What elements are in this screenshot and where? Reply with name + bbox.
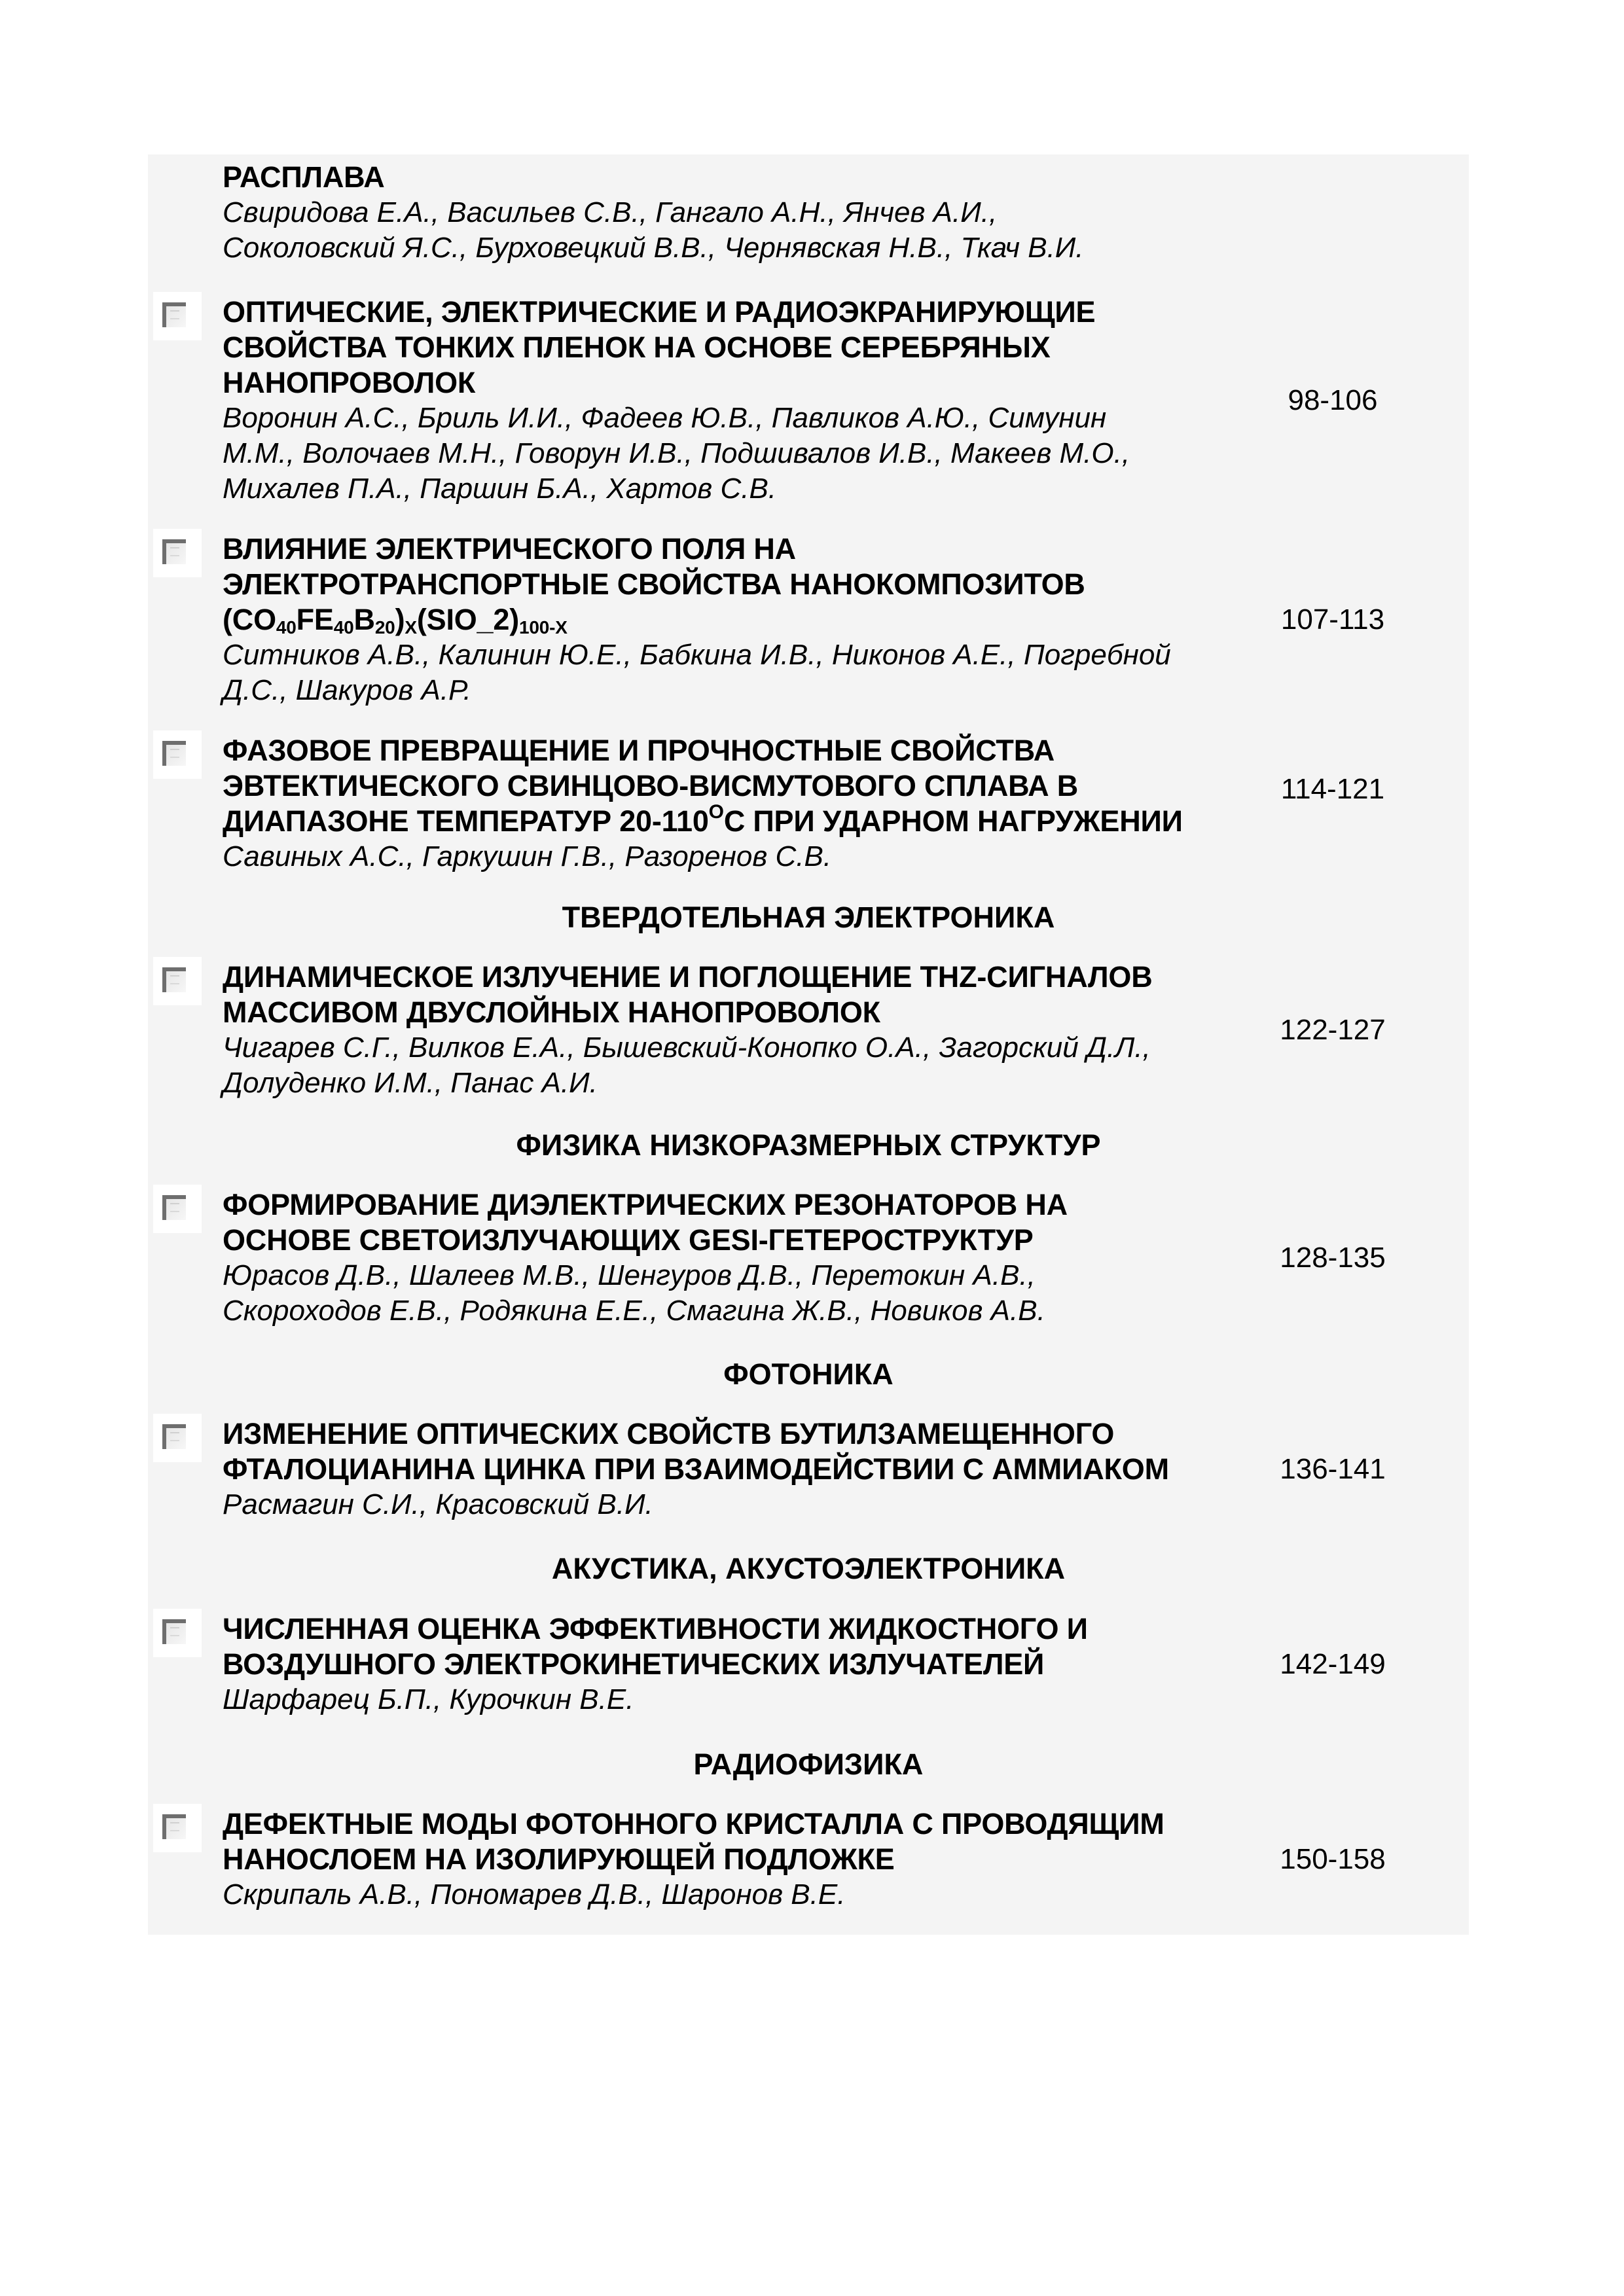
page-range: 122-127 bbox=[1261, 1013, 1405, 1048]
title-line: ВОЗДУШНОГО ЭЛЕКТРОКИНЕТИЧЕСКИХ ИЗЛУЧАТЕЛ… bbox=[223, 1647, 1375, 1682]
title-line: МАССИВОМ ДВУСЛОЙНЫХ НАНОПРОВОЛОК bbox=[223, 995, 1375, 1030]
entry-text: ОПТИЧЕСКИЕ, ЭЛЕКТРИЧЕСКИЕ И РАДИОЭКРАНИР… bbox=[223, 295, 1375, 507]
authors-line: М.М., Волочаев М.Н., Говорун И.В., Подши… bbox=[223, 436, 1375, 471]
title-line: РАСПЛАВА bbox=[223, 160, 1375, 195]
authors-line: Чигарев С.Г., Вилков Е.А., Бышевский-Кон… bbox=[223, 1030, 1375, 1066]
article-title[interactable]: ДЕФЕКТНЫЕ МОДЫ ФОТОННОГО КРИСТАЛЛА С ПРО… bbox=[223, 1806, 1375, 1877]
page-range: 107-113 bbox=[1261, 602, 1405, 637]
article-checkbox[interactable] bbox=[153, 529, 202, 577]
checkbox-icon bbox=[162, 967, 186, 992]
article-authors: Скрипаль А.В., Пономарев Д.В., Шаронов В… bbox=[223, 1877, 1375, 1912]
entry-text: ДИНАМИЧЕСКОЕ ИЗЛУЧЕНИЕ И ПОГЛОЩЕНИЕ THZ-… bbox=[223, 960, 1375, 1101]
checkbox-icon bbox=[162, 741, 186, 766]
title-line: ФТАЛОЦИАНИНА ЦИНКА ПРИ ВЗАИМОДЕЙСТВИИ С … bbox=[223, 1452, 1375, 1487]
authors-line: Юрасов Д.В., Шалеев М.В., Шенгуров Д.В.,… bbox=[223, 1258, 1375, 1293]
article-authors: Расмагин С.И., Красовский В.И. bbox=[223, 1487, 1375, 1522]
article-title[interactable]: ИЗМЕНЕНИЕ ОПТИЧЕСКИХ СВОЙСТВ БУТИЛЗАМЕЩЕ… bbox=[223, 1416, 1375, 1487]
title-line: ДИАПАЗОНЕ ТЕМПЕРАТУР 20-110OС ПРИ УДАРНО… bbox=[223, 804, 1375, 839]
title-line: ЧИСЛЕННАЯ ОЦЕНКА ЭФФЕКТИВНОСТИ ЖИДКОСТНО… bbox=[223, 1611, 1375, 1647]
title-line: ОПТИЧЕСКИЕ, ЭЛЕКТРИЧЕСКИЕ И РАДИОЭКРАНИР… bbox=[223, 295, 1375, 330]
section-heading: ФИЗИКА НИЗКОРАЗМЕРНЫХ СТРУКТУР bbox=[148, 1128, 1469, 1163]
title-line: ДИНАМИЧЕСКОЕ ИЗЛУЧЕНИЕ И ПОГЛОЩЕНИЕ THZ-… bbox=[223, 960, 1375, 995]
title-line: ВЛИЯНИЕ ЭЛЕКТРИЧЕСКОГО ПОЛЯ НА bbox=[223, 531, 1375, 567]
entry-text: РАСПЛАВАСвиридова Е.А., Васильев С.В., Г… bbox=[223, 160, 1375, 266]
authors-line: Михалев П.А., Паршин Б.А., Хартов С.В. bbox=[223, 471, 1375, 507]
section-heading: ТВЕРДОТЕЛЬНАЯ ЭЛЕКТРОНИКА bbox=[148, 900, 1469, 935]
title-line: НАНОПРОВОЛОК bbox=[223, 365, 1375, 401]
title-line: ИЗМЕНЕНИЕ ОПТИЧЕСКИХ СВОЙСТВ БУТИЛЗАМЕЩЕ… bbox=[223, 1416, 1375, 1452]
authors-line: Соколовский Я.С., Бурховецкий В.В., Черн… bbox=[223, 230, 1375, 266]
checkbox-icon bbox=[162, 302, 186, 327]
authors-line: Расмагин С.И., Красовский В.И. bbox=[223, 1487, 1375, 1522]
entry-text: ФАЗОВОЕ ПРЕВРАЩЕНИЕ И ПРОЧНОСТНЫЕ СВОЙСТ… bbox=[223, 733, 1375, 874]
title-line: НАНОСЛОЕМ НА ИЗОЛИРУЮЩЕЙ ПОДЛОЖКЕ bbox=[223, 1842, 1375, 1877]
title-line: ФАЗОВОЕ ПРЕВРАЩЕНИЕ И ПРОЧНОСТНЫЕ СВОЙСТ… bbox=[223, 733, 1375, 768]
entry-text: ДЕФЕКТНЫЕ МОДЫ ФОТОННОГО КРИСТАЛЛА С ПРО… bbox=[223, 1806, 1375, 1912]
article-title[interactable]: РАСПЛАВА bbox=[223, 160, 1375, 195]
authors-line: Воронин А.С., Бриль И.И., Фадеев Ю.В., П… bbox=[223, 401, 1375, 436]
authors-line: Ситников А.В., Калинин Ю.Е., Бабкина И.В… bbox=[223, 637, 1375, 673]
checkbox-icon bbox=[162, 1424, 186, 1449]
page-range: 150-158 bbox=[1261, 1842, 1405, 1877]
title-formula-line: (CO40FE40B20)X(SIO_2)100-X bbox=[223, 602, 1375, 637]
article-authors: Юрасов Д.В., Шалеев М.В., Шенгуров Д.В.,… bbox=[223, 1258, 1375, 1329]
page-range: 128-135 bbox=[1261, 1240, 1405, 1276]
article-checkbox[interactable] bbox=[153, 1414, 202, 1462]
title-line: ЭЛЕКТРОТРАНСПОРТНЫЕ СВОЙСТВА НАНОКОМПОЗИ… bbox=[223, 567, 1375, 602]
page-range: 136-141 bbox=[1261, 1452, 1405, 1487]
article-checkbox[interactable] bbox=[153, 1185, 202, 1233]
article-authors: Савиных А.С., Гаркушин Г.В., Разоренов С… bbox=[223, 839, 1375, 874]
checkbox-icon bbox=[162, 1195, 186, 1220]
authors-line: Д.С., Шакуров А.Р. bbox=[223, 673, 1375, 708]
entry-text: ФОРМИРОВАНИЕ ДИЭЛЕКТРИЧЕСКИХ РЕЗОНАТОРОВ… bbox=[223, 1187, 1375, 1329]
page-range: 98-106 bbox=[1261, 383, 1405, 418]
authors-line: Скрипаль А.В., Пономарев Д.В., Шаронов В… bbox=[223, 1877, 1375, 1912]
section-heading: АКУСТИКА, АКУСТОЭЛЕКТРОНИКА bbox=[148, 1551, 1469, 1587]
article-checkbox[interactable] bbox=[153, 957, 202, 1005]
article-authors: Воронин А.С., Бриль И.И., Фадеев Ю.В., П… bbox=[223, 401, 1375, 507]
title-line: ФОРМИРОВАНИЕ ДИЭЛЕКТРИЧЕСКИХ РЕЗОНАТОРОВ… bbox=[223, 1187, 1375, 1223]
entry-text: ВЛИЯНИЕ ЭЛЕКТРИЧЕСКОГО ПОЛЯ НАЭЛЕКТРОТРА… bbox=[223, 531, 1375, 708]
article-title[interactable]: ФОРМИРОВАНИЕ ДИЭЛЕКТРИЧЕСКИХ РЕЗОНАТОРОВ… bbox=[223, 1187, 1375, 1258]
article-authors: Шарфарец Б.П., Курочкин В.Е. bbox=[223, 1682, 1375, 1717]
title-line: ОСНОВЕ СВЕТОИЗЛУЧАЮЩИХ GESI-ГЕТЕРОСТРУКТ… bbox=[223, 1223, 1375, 1258]
checkbox-icon bbox=[162, 1619, 186, 1644]
article-title[interactable]: ЧИСЛЕННАЯ ОЦЕНКА ЭФФЕКТИВНОСТИ ЖИДКОСТНО… bbox=[223, 1611, 1375, 1682]
entry-text: ИЗМЕНЕНИЕ ОПТИЧЕСКИХ СВОЙСТВ БУТИЛЗАМЕЩЕ… bbox=[223, 1416, 1375, 1522]
article-authors: Ситников А.В., Калинин Ю.Е., Бабкина И.В… bbox=[223, 637, 1375, 708]
section-heading: РАДИОФИЗИКА bbox=[148, 1747, 1469, 1782]
article-authors: Свиридова Е.А., Васильев С.В., Гангало А… bbox=[223, 195, 1375, 266]
page-range: 142-149 bbox=[1261, 1647, 1405, 1682]
title-line: ЭВТЕКТИЧЕСКОГО СВИНЦОВО-ВИСМУТОВОГО СПЛА… bbox=[223, 768, 1375, 804]
table-of-contents-panel: РАСПЛАВАСвиридова Е.А., Васильев С.В., Г… bbox=[148, 154, 1469, 1935]
authors-line: Шарфарец Б.П., Курочкин В.Е. bbox=[223, 1682, 1375, 1717]
authors-line: Свиридова Е.А., Васильев С.В., Гангало А… bbox=[223, 195, 1375, 230]
checkbox-icon bbox=[162, 539, 186, 564]
article-title[interactable]: ФАЗОВОЕ ПРЕВРАЩЕНИЕ И ПРОЧНОСТНЫЕ СВОЙСТ… bbox=[223, 733, 1375, 839]
article-checkbox[interactable] bbox=[153, 1804, 202, 1852]
page-range: 114-121 bbox=[1261, 772, 1405, 807]
authors-line: Скороходов Е.В., Родякина Е.Е., Смагина … bbox=[223, 1293, 1375, 1329]
authors-line: Савиных А.С., Гаркушин Г.В., Разоренов С… bbox=[223, 839, 1375, 874]
section-heading: ФОТОНИКА bbox=[148, 1357, 1469, 1392]
title-line: СВОЙСТВА ТОНКИХ ПЛЕНОК НА ОСНОВЕ СЕРЕБРЯ… bbox=[223, 330, 1375, 365]
title-line: ДЕФЕКТНЫЕ МОДЫ ФОТОННОГО КРИСТАЛЛА С ПРО… bbox=[223, 1806, 1375, 1842]
checkbox-icon bbox=[162, 1814, 186, 1839]
article-authors: Чигарев С.Г., Вилков Е.А., Бышевский-Кон… bbox=[223, 1030, 1375, 1101]
article-checkbox[interactable] bbox=[153, 1609, 202, 1657]
article-title[interactable]: ОПТИЧЕСКИЕ, ЭЛЕКТРИЧЕСКИЕ И РАДИОЭКРАНИР… bbox=[223, 295, 1375, 401]
authors-line: Долуденко И.М., Панас А.И. bbox=[223, 1066, 1375, 1101]
entry-text: ЧИСЛЕННАЯ ОЦЕНКА ЭФФЕКТИВНОСТИ ЖИДКОСТНО… bbox=[223, 1611, 1375, 1717]
article-checkbox[interactable] bbox=[153, 730, 202, 779]
article-title[interactable]: ДИНАМИЧЕСКОЕ ИЗЛУЧЕНИЕ И ПОГЛОЩЕНИЕ THZ-… bbox=[223, 960, 1375, 1030]
article-title[interactable]: ВЛИЯНИЕ ЭЛЕКТРИЧЕСКОГО ПОЛЯ НАЭЛЕКТРОТРА… bbox=[223, 531, 1375, 637]
article-checkbox[interactable] bbox=[153, 292, 202, 340]
